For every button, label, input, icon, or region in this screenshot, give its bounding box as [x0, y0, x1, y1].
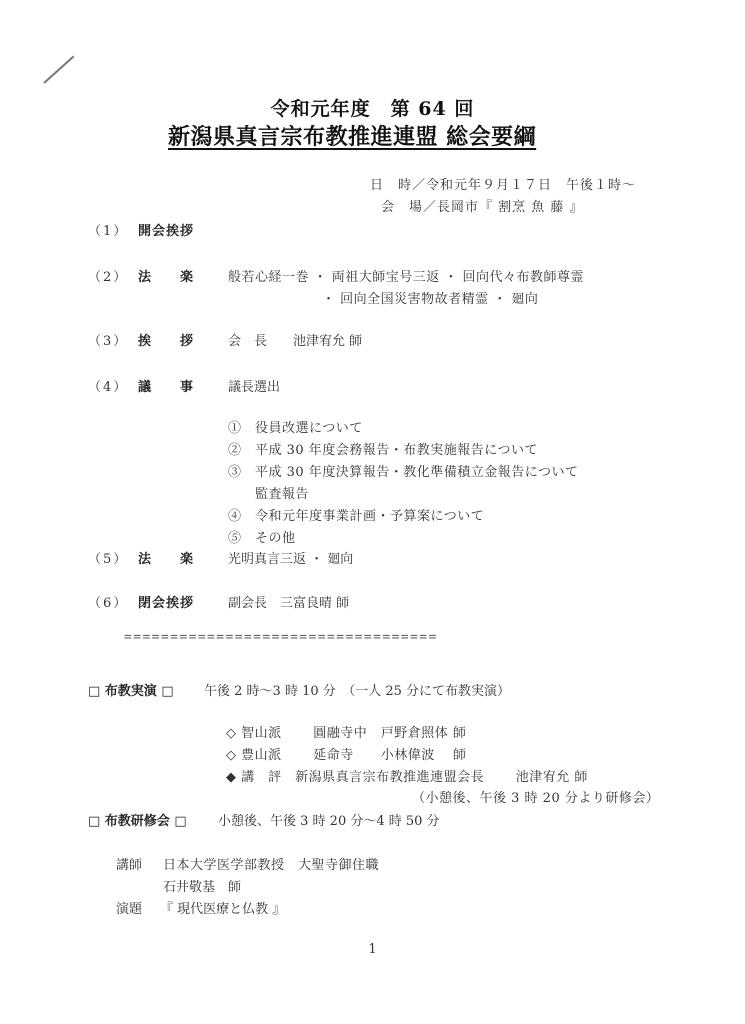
agenda-content: 副会長 三富良晴 師: [228, 592, 349, 611]
lecturer-name: 石井敬基 師: [163, 876, 241, 895]
training-heading: □ 布教研修会 □: [88, 810, 187, 829]
agenda-number: （1）: [88, 220, 128, 239]
agenda-label-a: 挨: [138, 330, 151, 349]
agenda-label: 閉会挨拶: [138, 592, 194, 611]
agenda-label-a: 議: [138, 376, 151, 395]
proceeding-item: ⑤ その他: [228, 527, 296, 546]
training-time: 小憩後、午後 3 時 20 分～4 時 50 分: [218, 810, 440, 829]
meeting-venue: 会 場／長岡市『 割烹 魚 藤 』: [381, 196, 584, 215]
agenda-label-a: 法: [138, 548, 151, 567]
proceeding-item: ② 平成 30 年度会務報告・布教実施報告について: [228, 439, 538, 458]
review-entry: ◆ 講 評 新潟県真言宗布教推進連盟会長 池津宥允 師: [226, 766, 588, 785]
agenda-label-b: 楽: [180, 266, 193, 285]
sermon-demo-heading: □ 布教実演 □: [88, 680, 174, 699]
meeting-date: 日 時／令和元年９月１７日 午後１時～: [370, 174, 636, 193]
page-number: 1: [0, 942, 745, 957]
agenda-number: （4）: [88, 376, 128, 395]
document-title-line1: 令和元年度 第 64 回: [0, 94, 745, 121]
proceeding-item: ① 役員改選について: [228, 417, 363, 436]
agenda-content: 般若心経一巻 ・ 両祖大師宝号三返 ・ 回向代々布教師尊霊: [228, 266, 584, 285]
proceeding-item: ③ 平成 30 年度決算報告・教化準備積立金報告について: [228, 461, 579, 480]
document-title-line2: 新潟県真言宗布教推進連盟 総会要綱: [168, 120, 536, 151]
agenda-number: （3）: [88, 330, 128, 349]
topic-label: 演題: [116, 898, 142, 917]
lecturer-label: 講師: [116, 854, 142, 873]
proceeding-item: 監査報告: [228, 483, 309, 502]
agenda-label-b: 事: [180, 376, 193, 395]
agenda-number: （5）: [88, 548, 128, 567]
speaker-entry: ◇ 豊山派 延命寺 小林偉波 師: [226, 744, 466, 763]
agenda-number: （2）: [88, 266, 128, 285]
agenda-label-a: 法: [138, 266, 151, 285]
agenda-content: 議長選出: [228, 376, 280, 395]
speaker-entry: ◇ 智山派 圓融寺中 戸野倉照体 師: [226, 722, 466, 741]
pen-mark: [43, 55, 74, 83]
section-separator: ==================================: [124, 630, 438, 645]
sermon-demo-time: 午後 2 時～3 時 10 分 （一人 25 分にて布教実演）: [204, 680, 510, 699]
proceeding-item: ④ 令和元年度事業計画・予算案について: [228, 505, 484, 524]
agenda-label: 開会挨拶: [138, 220, 194, 239]
agenda-label-b: 楽: [180, 548, 193, 567]
agenda-content: 会 長 池津宥允 師: [228, 330, 362, 349]
lecturer-affiliation: 日本大学医学部教授 大聖寺御住職: [163, 854, 379, 873]
agenda-content: 光明真言三返 ・ 廻向: [228, 548, 353, 567]
topic-title: 『 現代医療と仏教 』: [160, 898, 285, 917]
break-note: （小憩後、午後 3 時 20 分より研修会）: [412, 787, 659, 806]
agenda-content-continued: ・ 回向全国災害物故者精霊 ・ 廻向: [322, 288, 538, 307]
agenda-number: （6）: [88, 592, 128, 611]
agenda-label-b: 拶: [180, 330, 193, 349]
